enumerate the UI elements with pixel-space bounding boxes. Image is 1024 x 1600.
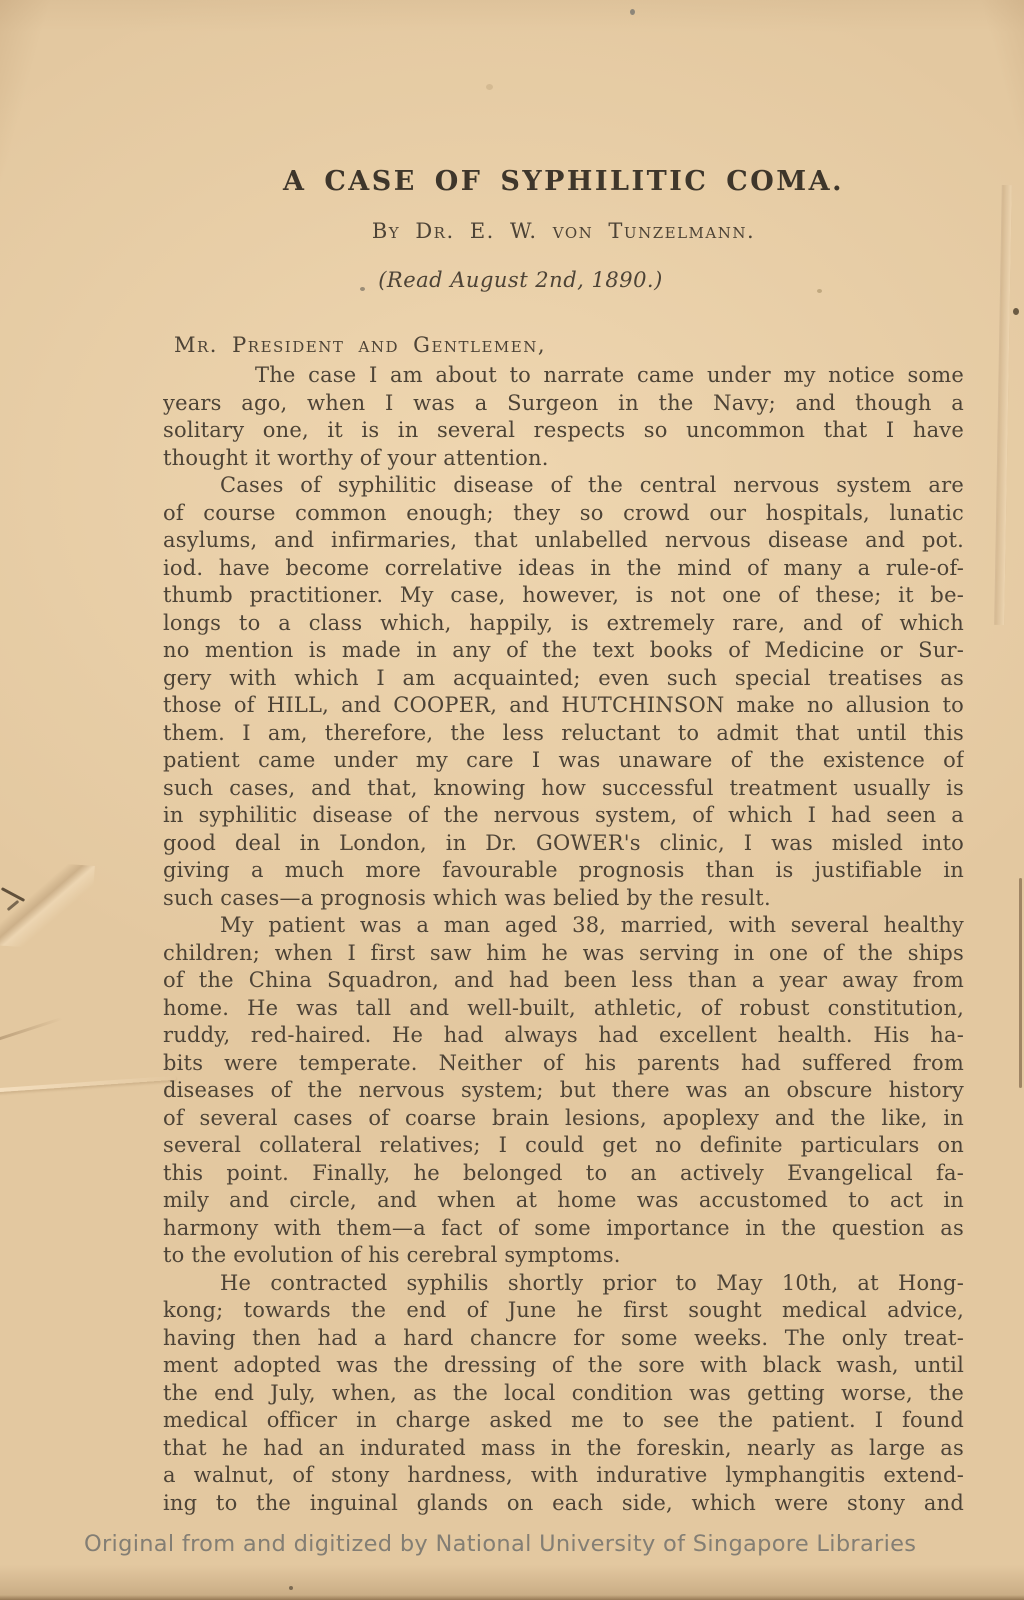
paragraph: My patient was a man aged 38, married, w…	[163, 912, 964, 1270]
page-title: A CASE OF SYPHILITIC COMA.	[163, 166, 964, 197]
paper-speck	[289, 1586, 293, 1590]
text-line: medical officer in charge asked me to se…	[163, 1407, 964, 1435]
text-line: He contracted syphilis shortly prior to …	[163, 1270, 964, 1298]
text-line: kong; towards the end of June he first s…	[163, 1297, 964, 1325]
text-line: that he had an indurated mass in the for…	[163, 1435, 964, 1463]
text-line: home. He was tall and well-built, athlet…	[163, 995, 964, 1023]
text-line: ruddy, red-haired. He had always had exc…	[163, 1022, 964, 1050]
text-line: My patient was a man aged 38, married, w…	[163, 912, 964, 940]
text-line: solitary one, it is in several respects …	[163, 417, 964, 445]
page-edge-mark	[1019, 878, 1022, 1088]
text-line: a walnut, of stony hardness, with indura…	[163, 1462, 964, 1490]
salutation: Mr. President and Gentlemen,	[174, 333, 546, 357]
scanned-page: A CASE OF SYPHILITIC COMA. By Dr. E. W. …	[0, 0, 1024, 1600]
paper-crease-mark	[1, 887, 25, 902]
text-line: to the evolution of his cerebral symptom…	[163, 1242, 964, 1270]
text-line: years ago, when I was a Surgeon in the N…	[163, 390, 964, 418]
text-line: giving a much more favourable prognosis …	[163, 857, 964, 885]
text-line: thought it worthy of your attention.	[163, 445, 964, 473]
text-line: mily and circle, and when at home was ac…	[163, 1187, 964, 1215]
text-line: harmony with them—a fact of some importa…	[163, 1215, 964, 1243]
text-line: in syphilitic disease of the nervous sys…	[163, 802, 964, 830]
text-line: having then had a hard chancre for some …	[163, 1325, 964, 1353]
paragraph: Cases of syphilitic disease of the centr…	[163, 472, 964, 912]
text-line: such cases, and that, knowing how succes…	[163, 775, 964, 803]
body-text: The case I am about to narrate came unde…	[163, 362, 964, 1517]
text-line: patient came under my care I was unaware…	[163, 747, 964, 775]
paper-speck	[630, 9, 635, 15]
text-line: longs to a class which, happily, is extr…	[163, 610, 964, 638]
text-line: of course common enough; they so crowd o…	[163, 500, 964, 528]
text-line: no mention is made in any of the text bo…	[163, 637, 964, 665]
byline: By Dr. E. W. von Tunzelmann.	[163, 219, 964, 243]
text-line: gery with which I am acquainted; even su…	[163, 665, 964, 693]
text-line: diseases of the nervous system; but ther…	[163, 1077, 964, 1105]
paragraph: The case I am about to narrate came unde…	[163, 362, 964, 472]
paragraph: He contracted syphilis shortly prior to …	[163, 1270, 964, 1518]
text-line: those of HILL, and COOPER, and HUTCHINSO…	[163, 692, 964, 720]
text-line: them. I am, therefore, the less reluctan…	[163, 720, 964, 748]
text-line: several collateral relatives; I could ge…	[163, 1132, 964, 1160]
paper-speck	[1013, 308, 1019, 315]
text-line: of several cases of coarse brain lesions…	[163, 1105, 964, 1133]
text-line: the end July, when, as the local conditi…	[163, 1380, 964, 1408]
paper-speck	[486, 84, 493, 90]
page-edge-shadow	[0, 1595, 1024, 1600]
text-line: asylums, and infirmaries, that unlabelle…	[163, 527, 964, 555]
text-line: this point. Finally, he belonged to an a…	[163, 1160, 964, 1188]
text-line: such cases—a prognosis which was belied …	[163, 885, 964, 913]
text-line: good deal in London, in Dr. GOWER's clin…	[163, 830, 964, 858]
text-line: iod. have become correlative ideas in th…	[163, 555, 964, 583]
text-line: Cases of syphilitic disease of the centr…	[163, 472, 964, 500]
text-line: thumb practitioner. My case, however, is…	[163, 582, 964, 610]
paper-fold	[994, 185, 1012, 625]
text-line: ment adopted was the dressing of the sor…	[163, 1352, 964, 1380]
digitization-watermark: Original from and digitized by National …	[84, 1531, 984, 1557]
text-line: The case I am about to narrate came unde…	[163, 362, 964, 390]
text-line: of the China Squadron, and had been less…	[163, 967, 964, 995]
read-date: (Read August 2nd, 1890.)	[120, 268, 921, 292]
paper-crease	[0, 858, 95, 951]
paper-crease	[0, 1017, 63, 1042]
paper-crease-mark	[7, 900, 20, 911]
text-line: bits were temperate. Neither of his pare…	[163, 1050, 964, 1078]
text-line: children; when I first saw him he was se…	[163, 940, 964, 968]
text-line: ing to the inguinal glands on each side,…	[163, 1490, 964, 1518]
paper-crease	[0, 1076, 176, 1093]
